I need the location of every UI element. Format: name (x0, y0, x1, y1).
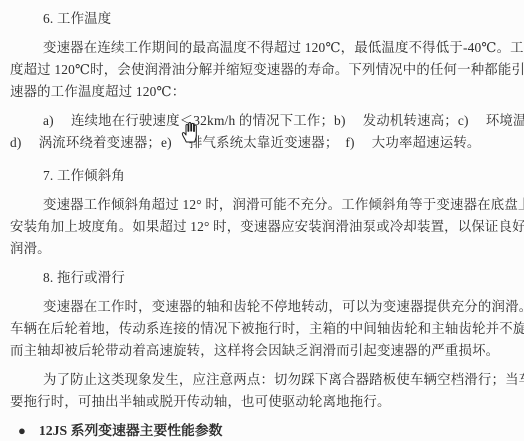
text-line: 度超过 120℃时，会使润滑油分解并缩短变速器的寿命。下列情况中的任何一种都能引… (10, 59, 524, 81)
list-line: a) 连续地在行驶速度＜32km/h 的情况下工作；b) 发动机转速高；c) 环… (10, 110, 524, 132)
text-line: 为了防止这类现象发生，应注意两点：切勿踩下离合器踏板使车辆空档滑行；当车辆需 (10, 369, 524, 391)
section-8-paragraph-2: 为了防止这类现象发生，应注意两点：切勿踩下离合器踏板使车辆空档滑行；当车辆需 要… (10, 369, 524, 413)
section-6-list: a) 连续地在行驶速度＜32km/h 的情况下工作；b) 发动机转速高；c) 环… (10, 110, 524, 154)
section-8-paragraph-1: 变速器在工作时，变速器的轴和齿轮不停地转动，可以为变速器提供充分的润滑。但当 车… (10, 296, 524, 362)
text-line: 车辆在后轮着地，传动系连接的情况下被拖行时，主箱的中间轴齿轮和主轴齿轮并不旋转， (10, 318, 524, 340)
list-line: d) 涡流环绕着变速器；e) 排气系统太靠近变速器； f) 大功率超速运转。 (10, 132, 524, 154)
bullet-heading-text: 12JS 系列变速器主要性能参数 (39, 420, 223, 441)
text-line: 而主轴却被后轮带动着高速旋转，这样将会因缺乏润滑而引起变速器的严重损坏。 (10, 340, 524, 362)
bullet-heading-row: ● 12JS 系列变速器主要性能参数 (10, 420, 524, 441)
text-line: 变速器工作倾斜角超过 12° 时，润滑可能不充分。工作倾斜角等于变速器在底盘上的 (10, 194, 524, 216)
section-8-heading: 8. 拖行或滑行 (10, 267, 524, 289)
section-6-heading: 6. 工作温度 (10, 8, 524, 30)
section-7-heading: 7. 工作倾斜角 (10, 165, 524, 187)
text-line: 要拖行时，可抽出半轴或脱开传动轴，也可使驱动轮离地拖行。 (10, 391, 524, 413)
text-line: 速器的工作温度超过 120℃： (10, 81, 524, 103)
text-line: 变速器在连续工作期间的最高温度不得超过 120℃，最低温度不得低于-40℃。工作… (10, 37, 524, 59)
text-line: 润滑。 (10, 238, 524, 260)
document-page: 6. 工作温度 变速器在连续工作期间的最高温度不得超过 120℃，最低温度不得低… (0, 0, 524, 441)
text-line: 安装角加上坡度角。如果超过 12° 时，变速器应安装润滑油泵或冷却装置，以保证良… (10, 216, 524, 238)
text-line: 变速器在工作时，变速器的轴和齿轮不停地转动，可以为变速器提供充分的润滑。但当 (10, 296, 524, 318)
bullet-icon: ● (18, 420, 26, 441)
section-6-paragraph: 变速器在连续工作期间的最高温度不得超过 120℃，最低温度不得低于-40℃。工作… (10, 37, 524, 103)
section-7-paragraph: 变速器工作倾斜角超过 12° 时，润滑可能不充分。工作倾斜角等于变速器在底盘上的… (10, 194, 524, 260)
